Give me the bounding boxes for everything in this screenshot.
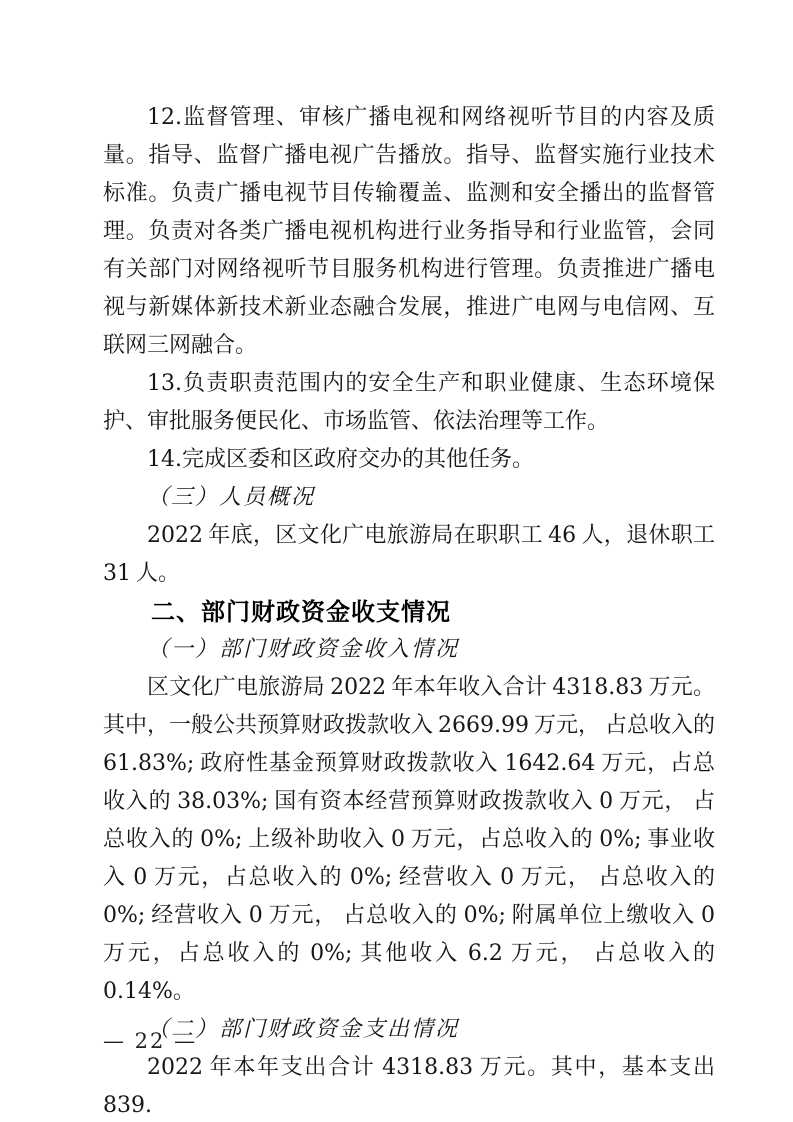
paragraph-duty-item-12: 12.监督管理、审核广播电视和网络视听节目的内容及质量。指导、监督广播电视广告播… — [103, 99, 715, 365]
paragraph-personnel-overview: 2022 年底，区文化广电旅游局在职职工 46 人，退休职工 31 人。 — [103, 517, 715, 593]
paragraph-income-details: 区文化广电旅游局 2022 年本年收入合计 4318.83 万元。其中，一般公共… — [103, 669, 715, 1011]
section-2-heading: 二、部门财政资金收支情况 — [103, 593, 715, 631]
document-content: 12.监督管理、审核广播电视和网络视听节目的内容及质量。指导、监督广播电视广告播… — [103, 99, 715, 1122]
document-page: 12.监督管理、审核广播电视和网络视听节目的内容及质量。指导、监督广播电视广告播… — [0, 0, 793, 1122]
paragraph-duty-item-14: 14.完成区委和区政府交办的其他任务。 — [103, 441, 715, 479]
paragraph-duty-item-13: 13.负责职责范围内的安全生产和职业健康、生态环境保护、审批服务便民化、市场监管… — [103, 365, 715, 441]
page-number: — 22 — — [103, 1022, 197, 1060]
subsection-personnel-heading: （三）人员概况 — [103, 479, 715, 517]
subsection-income-heading: （一）部门财政资金收入情况 — [103, 631, 715, 669]
